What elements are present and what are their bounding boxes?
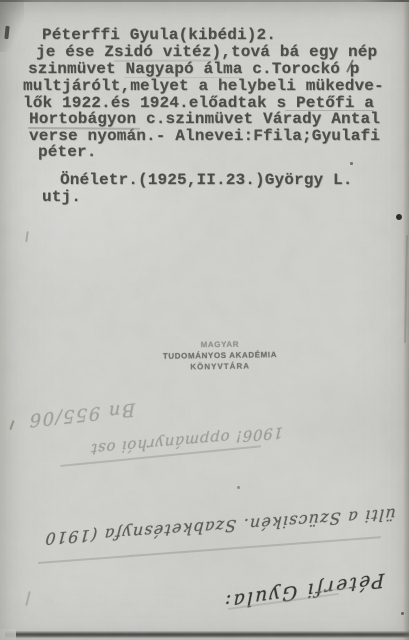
dust-speck [237,486,240,489]
scan-edge-top [0,0,409,2]
scan-corner-shadow [0,0,24,52]
typed-line-4: multjárólt,melyet a helybeli mükedve- [23,78,384,94]
typed-line-6: Hortobágyon c.szinmüvet Várady Antal [29,111,380,127]
typed-line-10: utj. [42,189,81,205]
scan-edge-right [403,0,409,640]
pencil-underline-hortobagyon [28,127,140,129]
typed-line-8: péter. [38,144,97,160]
scan-edge-bottom [5,631,409,638]
scanned-catalog-card: Péterffi Gyula(kibédi)2. je ése Zsidó vi… [0,0,409,640]
pencil-edge-mark [9,420,14,430]
pencil-underline-petofi-a [285,110,374,112]
pencil-tick-mark [25,231,28,242]
typed-line-7: verse nyomán.- Alnevei:Ffila;Gyulafi [29,128,380,144]
pencil-underline-zsido-vitez [114,59,220,61]
typed-line-3: szinmüvet Nagyapó álma c.Torockó p [28,61,360,77]
pencil-underline-nagyapo-alma [124,77,242,79]
stamp-line-3: KÖNYVTÁRA [150,360,290,373]
handwritten-note-1910: ülti a Szücsikén. Szabketésnyfa (1910 [44,505,396,549]
typed-line-1: Péterffi Gyula(kibédi)2. [42,27,276,43]
pencil-diagonal-mark [25,591,30,606]
ink-speck [396,214,402,220]
typed-line-9: Önéletr.(1925,II.23.)György L. [60,172,353,188]
typed-line-2: je ése Zsidó vitéz),tová bá egy nép [36,44,377,60]
library-stamp: MAGYAR TUDOMÁNYOS AKADÉMIA KÖNYVTÁRA [150,338,290,373]
handwritten-accession-number: Bn 955/06 [28,398,135,430]
scan-corner-light [0,629,16,640]
typed-line-5: lők 1922.és 1924.előadtak s Petőfi a [23,95,374,111]
dust-speck [350,162,353,165]
